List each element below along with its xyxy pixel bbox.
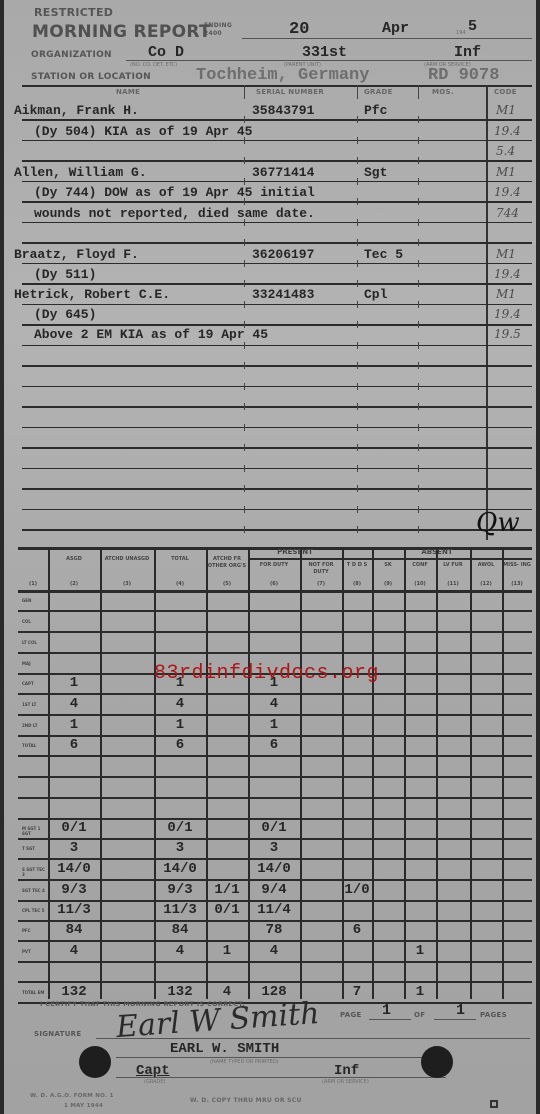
tick-mark xyxy=(418,465,419,472)
table-cell: 0/1 xyxy=(248,820,300,836)
tick-mark xyxy=(418,444,419,451)
table-cell: 3 xyxy=(154,840,206,856)
rank-sublabel: (GRADE) xyxy=(144,1079,165,1085)
group-present: PRESENT xyxy=(248,549,342,556)
report-month: Apr xyxy=(382,20,409,37)
table-cell: 0/1 xyxy=(48,820,100,836)
entry-grade: Tec 5 xyxy=(364,247,403,262)
ruled-line xyxy=(22,529,532,531)
table-cell: 132 xyxy=(154,984,206,1000)
table-cell: 1 xyxy=(154,717,206,733)
table-cell: 6 xyxy=(248,737,300,753)
tick-mark xyxy=(418,362,419,369)
entry-serial: 33241483 xyxy=(252,287,314,302)
entry-grade: Pfc xyxy=(364,103,387,118)
ruled-line xyxy=(22,365,532,367)
entry-serial: 36771414 xyxy=(252,165,314,180)
table-cell: 9/3 xyxy=(48,882,100,898)
col-header: T D D S xyxy=(342,562,372,569)
signature-label: SIGNATURE xyxy=(34,1030,81,1038)
station-label: STATION OR LOCATION xyxy=(31,72,151,82)
col-grade: GRADE xyxy=(364,88,393,96)
row-label: SGT TEC 4 xyxy=(22,888,46,893)
table-cell: 4 xyxy=(206,984,248,1000)
entry-code: 19.4 xyxy=(494,185,521,199)
organization-value: Co D xyxy=(148,44,184,61)
tick-mark xyxy=(244,239,245,246)
tick-mark xyxy=(244,383,245,390)
tick-mark xyxy=(357,362,358,369)
form-id: W. D. A.G.O. FORM NO. 1 xyxy=(30,1093,114,1099)
row-label: TOTAL EM xyxy=(22,990,46,995)
ruled-line xyxy=(22,468,532,470)
table-cell: 1 xyxy=(48,717,100,733)
entry-grade: Cpl xyxy=(364,287,387,302)
table-cell: 4 xyxy=(248,943,300,959)
col-number: (8) xyxy=(342,581,372,588)
tick-mark xyxy=(357,485,358,492)
table-cell: 11/3 xyxy=(48,902,100,918)
col-number: (12) xyxy=(470,581,502,588)
entry-code: 19.4 xyxy=(494,267,521,281)
table-cell: 4 xyxy=(248,696,300,712)
corner-box xyxy=(490,1100,498,1108)
col-number: (13) xyxy=(502,581,532,588)
entry-name: Aikman, Frank H. xyxy=(14,103,139,118)
ruled-line xyxy=(22,509,532,511)
tick-mark xyxy=(244,403,245,410)
ruled-line xyxy=(22,406,532,408)
col-number: (2) xyxy=(48,581,100,588)
ruled-line xyxy=(22,324,532,326)
col-number: (10) xyxy=(404,581,436,588)
of-label: OF xyxy=(414,1011,425,1019)
row-label: CPL TEC 5 xyxy=(22,908,46,913)
col-mos: MOS. xyxy=(432,88,454,96)
station-value: Tochheim, Germany xyxy=(196,66,369,85)
tick-mark xyxy=(357,239,358,246)
row-label: PVT xyxy=(22,949,46,954)
pages-label: PAGES xyxy=(480,1011,507,1019)
entry-row: Hetrick, Robert C.E. 33241483 Cpl xyxy=(14,287,484,302)
table-cell: 6 xyxy=(154,737,206,753)
col-header: ASGD xyxy=(48,556,100,563)
table-cell: 7 xyxy=(342,984,372,1000)
tick-mark xyxy=(357,465,358,472)
tick-mark xyxy=(418,526,419,533)
classification-stamp: RESTRICTED xyxy=(34,6,113,19)
report-title: MORNING REPORT xyxy=(32,22,211,42)
col-header: ATCHD UNASGD xyxy=(100,556,154,563)
ruled-line xyxy=(22,447,532,449)
ruled-line xyxy=(22,304,532,306)
tick-mark xyxy=(418,485,419,492)
entry-code: 19.5 xyxy=(494,327,521,341)
entry-row: Aikman, Frank H. 35843791 Pfc xyxy=(14,103,484,118)
table-cell: 1 xyxy=(48,675,100,691)
table-cell: 4 xyxy=(48,696,100,712)
entry-serial: 36206197 xyxy=(252,247,314,262)
watermark: 83rdinfdivdocs.org xyxy=(154,662,379,685)
ruled-line xyxy=(22,242,532,244)
table-cell: 1 xyxy=(404,943,436,959)
ruled-line xyxy=(22,201,532,203)
col-header: LV FUR xyxy=(436,562,470,569)
tick-mark xyxy=(244,362,245,369)
punch-hole-right xyxy=(421,1046,453,1078)
col-header: AWOL xyxy=(470,562,502,569)
col-code: CODE xyxy=(494,88,517,96)
entry-row: (Dy 511) xyxy=(34,267,504,282)
ruled-line xyxy=(22,283,532,285)
col-number: (5) xyxy=(206,581,248,588)
row-label: T SGT xyxy=(22,846,46,851)
entry-name: Hetrick, Robert C.E. xyxy=(14,287,170,302)
entry-row: (Dy 645) xyxy=(34,307,504,322)
tick-mark xyxy=(418,157,419,164)
entry-remark: (Dy 511) xyxy=(34,267,96,282)
col-header: TOTAL xyxy=(154,556,206,563)
tick-mark xyxy=(357,506,358,513)
col-serial: SERIAL NUMBER xyxy=(256,88,324,96)
row-label: 1ST LT xyxy=(22,702,46,707)
entry-remark: (Dy 645) xyxy=(34,307,96,322)
entry-code: M1 xyxy=(496,287,516,301)
row-label: MAJ xyxy=(22,661,46,666)
punch-hole-left xyxy=(79,1046,111,1078)
morning-report-page: RESTRICTED MORNING REPORT ENDING 2400 20… xyxy=(4,0,536,1114)
entry-grade: Sgt xyxy=(364,165,387,180)
table-cell: 84 xyxy=(48,922,100,938)
table-cell: 4 xyxy=(154,943,206,959)
tick-mark xyxy=(244,157,245,164)
col-number: (7) xyxy=(300,581,342,588)
tick-mark xyxy=(357,383,358,390)
row-label: GEN xyxy=(22,598,46,603)
ruled-line xyxy=(22,263,532,265)
table-cell: 0/1 xyxy=(206,902,248,918)
tick-mark xyxy=(244,444,245,451)
table-cell: 78 xyxy=(248,922,300,938)
col-header: FOR DUTY xyxy=(248,562,300,569)
entry-code: 19.4 xyxy=(494,124,521,138)
col-header: SK xyxy=(372,562,404,569)
table-cell: 1 xyxy=(206,943,248,959)
col-number: (3) xyxy=(100,581,154,588)
table-cell: 11/3 xyxy=(154,902,206,918)
row-label: S SGT TEC 3 xyxy=(22,867,46,877)
entry-serial: 35843791 xyxy=(252,103,314,118)
map-reference: RD 9078 xyxy=(428,66,499,85)
col-header: NOT FOR DUTY xyxy=(300,562,342,576)
entry-row: Braatz, Floyd F. 36206197 Tec 5 xyxy=(14,247,484,262)
report-day: 20 xyxy=(289,20,309,39)
table-cell: 1/1 xyxy=(206,882,248,898)
entry-row: Allen, William G. 36771414 Sgt xyxy=(14,165,484,180)
entry-row: (Dy 744) DOW as of 19 Apr 45 initial xyxy=(34,185,504,200)
table-cell: 14/0 xyxy=(48,861,100,877)
page-number: 1 xyxy=(382,1002,391,1019)
tick-mark xyxy=(244,526,245,533)
entry-remark: (Dy 504) KIA as of 19 Apr 45 xyxy=(34,124,252,139)
entry-remark: Above 2 EM KIA as of 19 Apr 45 xyxy=(34,327,268,342)
table-cell: 9/3 xyxy=(154,882,206,898)
tick-mark xyxy=(244,506,245,513)
tick-mark xyxy=(357,424,358,431)
tick-mark xyxy=(357,526,358,533)
entry-row: Above 2 EM KIA as of 19 Apr 45 xyxy=(34,327,504,342)
ruled-line xyxy=(22,119,532,121)
col-number: (6) xyxy=(248,581,300,588)
ruled-line xyxy=(22,386,532,388)
table-cell: 1/0 xyxy=(342,882,372,898)
entry-code: M1 xyxy=(496,247,516,261)
row-label: CAPT xyxy=(22,681,46,686)
tick-mark xyxy=(418,506,419,513)
ruled-line xyxy=(22,345,532,347)
col-number: (11) xyxy=(436,581,470,588)
row-label: PFC xyxy=(22,928,46,933)
tick-mark xyxy=(244,465,245,472)
ruled-line xyxy=(22,140,532,142)
row-label: 2ND LT xyxy=(22,723,46,728)
tick-mark xyxy=(418,239,419,246)
tick-mark xyxy=(244,342,245,349)
ending-label: ENDING 2400 xyxy=(204,22,240,38)
row-label: LT COL xyxy=(22,640,46,645)
page-total: 1 xyxy=(456,1002,465,1019)
col-header: CONF xyxy=(404,562,436,569)
col-name: NAME xyxy=(116,88,140,96)
tick-mark xyxy=(357,157,358,164)
entry-code: 5.4 xyxy=(496,144,515,158)
table-cell: 6 xyxy=(342,922,372,938)
tick-mark xyxy=(418,424,419,431)
org-sublabel: (NO. CO. DET. ETC) xyxy=(130,62,177,68)
entry-remark: wounds not reported, died same date. xyxy=(34,206,315,221)
tick-mark xyxy=(418,342,419,349)
tick-mark xyxy=(357,342,358,349)
table-cell: 84 xyxy=(154,922,206,938)
tick-mark xyxy=(244,424,245,431)
col-number: (1) xyxy=(18,581,48,588)
table-cell: 3 xyxy=(248,840,300,856)
tick-mark xyxy=(418,403,419,410)
table-cell: 14/0 xyxy=(248,861,300,877)
entry-name: Braatz, Floyd F. xyxy=(14,247,139,262)
col-number: (9) xyxy=(372,581,404,588)
tick-mark xyxy=(244,485,245,492)
entry-remark: (Dy 744) DOW as of 19 Apr 45 initial xyxy=(34,185,315,200)
row-label: M SGT 1 SGT xyxy=(22,826,46,836)
ruled-line xyxy=(22,181,532,183)
entry-row: (Dy 504) KIA as of 19 Apr 45 xyxy=(34,124,504,139)
table-cell: 132 xyxy=(48,984,100,1000)
table-cell: 4 xyxy=(48,943,100,959)
name-sublabel: (NAME TYPED OR PRINTED) xyxy=(210,1059,279,1065)
entry-name: Allen, William G. xyxy=(14,165,147,180)
col-header: MISS- ING xyxy=(502,562,532,569)
ruled-line xyxy=(22,160,532,162)
table-cell: 9/4 xyxy=(248,882,300,898)
tick-mark xyxy=(357,444,358,451)
entry-code: M1 xyxy=(496,103,516,117)
form-date: 1 MAY 1944 xyxy=(64,1103,103,1109)
row-label: TOTAL xyxy=(22,743,46,748)
parent-unit-value: 331st xyxy=(302,44,347,61)
ruled-line xyxy=(22,427,532,429)
col-number: (4) xyxy=(154,581,206,588)
table-cell: 1 xyxy=(404,984,436,1000)
signer-name: EARL W. SMITH xyxy=(170,1041,279,1057)
table-cell: 1 xyxy=(248,717,300,733)
tick-mark xyxy=(357,403,358,410)
row-label: COL xyxy=(22,619,46,624)
entry-code: M1 xyxy=(496,165,516,179)
ruled-line xyxy=(22,488,532,490)
table-cell: 11/4 xyxy=(248,902,300,918)
page-label: PAGE xyxy=(340,1011,362,1019)
table-cell: 3 xyxy=(48,840,100,856)
entry-code: 744 xyxy=(496,206,519,220)
year-prefix: 194 xyxy=(456,30,466,36)
initials-mark: Qw xyxy=(476,508,520,538)
col-header: ATCHD FR OTHER ORG'S xyxy=(206,556,248,570)
ruled-line xyxy=(22,222,532,224)
entry-row: wounds not reported, died same date. xyxy=(34,206,504,221)
routing-text: W. D. COPY THRU MRU OR SCU xyxy=(190,1097,302,1104)
entry-code: 19.4 xyxy=(494,307,521,321)
table-cell: 14/0 xyxy=(154,861,206,877)
service-sublabel: (ARM OR SERVICE) xyxy=(322,1079,369,1085)
table-cell: 0/1 xyxy=(154,820,206,836)
table-cell: 4 xyxy=(154,696,206,712)
organization-label: ORGANIZATION xyxy=(31,50,112,60)
tick-mark xyxy=(418,383,419,390)
table-cell: 6 xyxy=(48,737,100,753)
report-year: 5 xyxy=(468,18,477,35)
arm-value: Inf xyxy=(454,44,481,61)
